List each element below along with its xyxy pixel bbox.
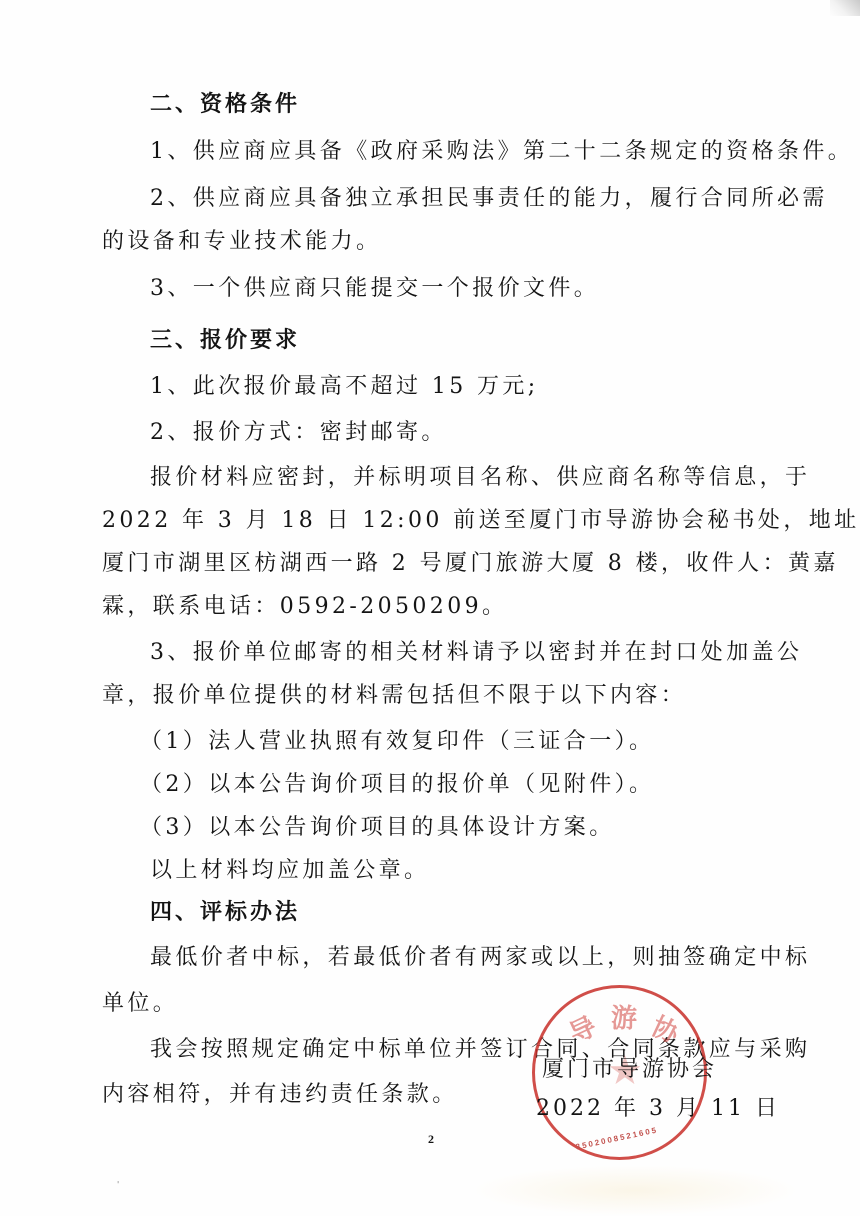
scan-artifact: ' [117, 1180, 119, 1189]
paragraph: 3、报价单位邮寄的相关材料请予以密封并在封口处加盖公 [150, 638, 802, 668]
seal-char: 协 [646, 1006, 685, 1051]
list-item: （2）以本公告询价项目的报价单（见附件）。 [140, 770, 654, 800]
paragraph: 2、供应商应具备独立承担民事责任的能力，履行合同所必需 [150, 184, 828, 214]
paragraph-continuation: 单位。 [102, 989, 178, 1019]
list-item: （1）法人营业执照有效复印件（三证合一）。 [140, 727, 654, 757]
seal-char: 导 [562, 1006, 601, 1051]
paragraph: 1、此次报价最高不超过 15 万元; [150, 372, 539, 402]
paragraph: 1、供应商应具备《政府采购法》第二十二条规定的资格条件。 [150, 137, 853, 167]
paragraph-continuation: 厦门市湖里区枋湖西一路 2 号厦门旅游大厦 8 楼，收件人：黄嘉 [102, 549, 839, 579]
section-heading-quotation-requirements: 三、报价要求 [150, 326, 300, 356]
paragraph: 报价材料应密封，并标明项目名称、供应商名称等信息，于 [150, 463, 810, 493]
section-heading-evaluation-method: 四、评标办法 [150, 898, 300, 928]
seal-char: 游 [611, 998, 637, 1035]
list-item: （3）以本公告询价项目的具体设计方案。 [140, 813, 615, 843]
section-heading-qualifications: 二、资格条件 [150, 90, 300, 120]
signature-date: 2022 年 3 月 11 日 [536, 1094, 780, 1124]
signature-organization: 厦门市导游协会 [542, 1055, 717, 1085]
paragraph-continuation: 内容相符，并有违约责任条款。 [102, 1080, 458, 1110]
paragraph: 最低价者中标，若最低价者有两家或以上，则抽签确定中标 [150, 943, 810, 973]
paragraph-continuation: 霖，联系电话：0592-2050209。 [102, 592, 507, 622]
paragraph: 2、报价方式：密封邮寄。 [150, 418, 447, 448]
seal-code: 3502008521605 [575, 1125, 659, 1151]
paragraph-continuation: 2022 年 3 月 18 日 12:00 前送至厦门市导游协会秘书处，地址： [102, 506, 860, 536]
paragraph: 以上材料均应加盖公章。 [150, 856, 429, 886]
page-number: 2 [428, 1132, 434, 1147]
paragraph-continuation: 章，报价单位提供的材料需包括但不限于以下内容： [102, 681, 686, 711]
document-page: 二、资格条件 1、供应商应具备《政府采购法》第二十二条规定的资格条件。 2、供应… [0, 0, 860, 1216]
paragraph-continuation: 的设备和专业技术能力。 [102, 227, 381, 257]
scan-tint [470, 1165, 800, 1216]
paragraph: 3、一个供应商只能提交一个报价文件。 [150, 274, 599, 304]
scan-corner-shadow [830, 0, 860, 16]
